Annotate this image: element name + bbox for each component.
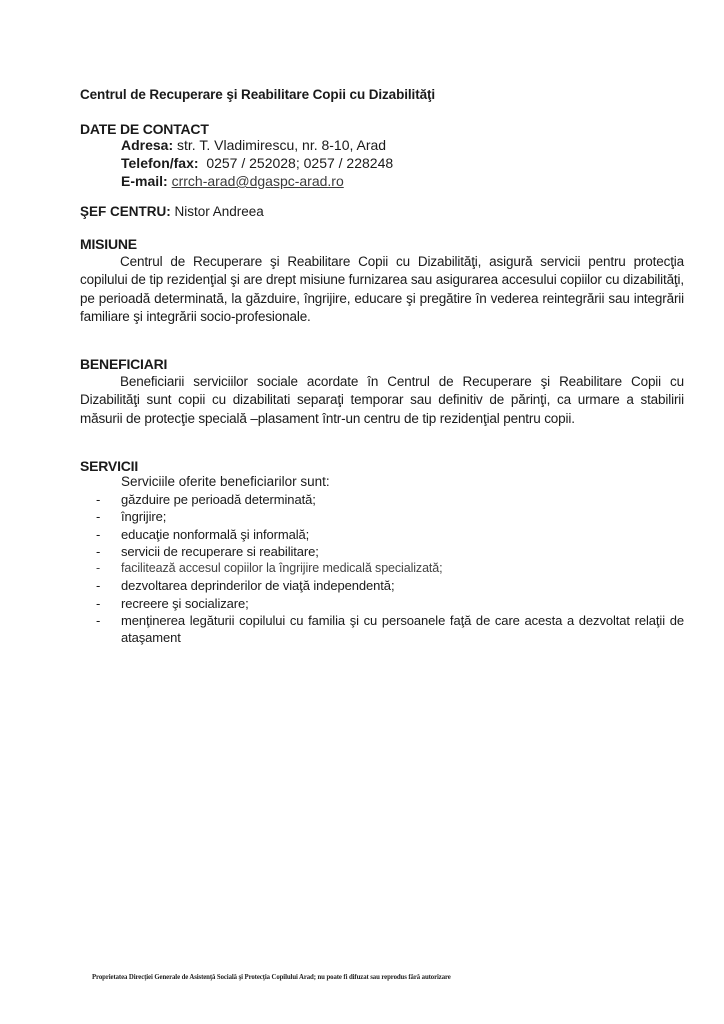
list-item: -dezvoltarea deprinderilor de viaţă inde… (80, 577, 684, 594)
list-item: -servicii de recuperare si reabilitare; (80, 543, 684, 560)
head-of-center-label: ŞEF CENTRU: (80, 204, 171, 219)
phone-line: Telefon/fax: 0257 / 252028; 0257 / 22824… (121, 155, 393, 171)
list-item: -educaţie nonformală şi informală; (80, 526, 684, 543)
email-link[interactable]: crrch-arad@dgaspc-arad.ro (172, 173, 344, 189)
services-intro: Serviciile oferite beneficiarilor sunt: (121, 474, 330, 489)
address-line: Adresa: str. T. Vladimirescu, nr. 8-10, … (121, 137, 386, 153)
phone-label: Telefon/fax: (121, 155, 199, 171)
contact-heading: DATE DE CONTACT (80, 121, 209, 137)
mission-heading: MISIUNE (80, 236, 137, 252)
bullet-dash: - (96, 612, 100, 629)
bullet-dash: - (96, 508, 100, 525)
list-item: -îngrijire; (80, 508, 684, 525)
beneficiaries-text: Beneficiarii serviciilor sociale acordat… (80, 373, 684, 428)
mission-text: Centrul de Recuperare şi Reabilitare Cop… (80, 253, 684, 326)
list-item: -facilitează accesul copiilor la îngriji… (80, 560, 684, 577)
services-list: -găzduire pe perioadă determinată; -îngr… (80, 491, 684, 647)
head-of-center-name: Nistor Andreea (175, 204, 264, 219)
email-label: E-mail: (121, 173, 168, 189)
phone-value: 0257 / 252028; 0257 / 228248 (206, 155, 393, 171)
beneficiaries-heading: BENEFICIARI (80, 356, 167, 372)
document-title: Centrul de Recuperare şi Reabilitare Cop… (80, 87, 435, 102)
email-line: E-mail: crrch-arad@dgaspc-arad.ro (121, 173, 344, 189)
document-page: Centrul de Recuperare şi Reabilitare Cop… (0, 0, 724, 1024)
bullet-dash: - (96, 543, 100, 560)
bullet-dash: - (96, 577, 100, 594)
list-item: -menţinerea legăturii copilului cu famil… (80, 612, 684, 647)
address-value: str. T. Vladimirescu, nr. 8-10, Arad (177, 137, 386, 153)
list-item: -găzduire pe perioadă determinată; (80, 491, 684, 508)
footer-notice: Proprietatea Direcţiei Generale de Asist… (92, 974, 451, 981)
bullet-dash: - (96, 526, 100, 543)
services-heading: SERVICII (80, 458, 138, 474)
list-item: -recreere şi socializare; (80, 595, 684, 612)
head-of-center: ŞEF CENTRU: Nistor Andreea (80, 204, 264, 219)
bullet-dash: - (96, 595, 100, 612)
bullet-dash: - (96, 560, 100, 577)
bullet-dash: - (96, 491, 100, 508)
address-label: Adresa: (121, 137, 173, 153)
